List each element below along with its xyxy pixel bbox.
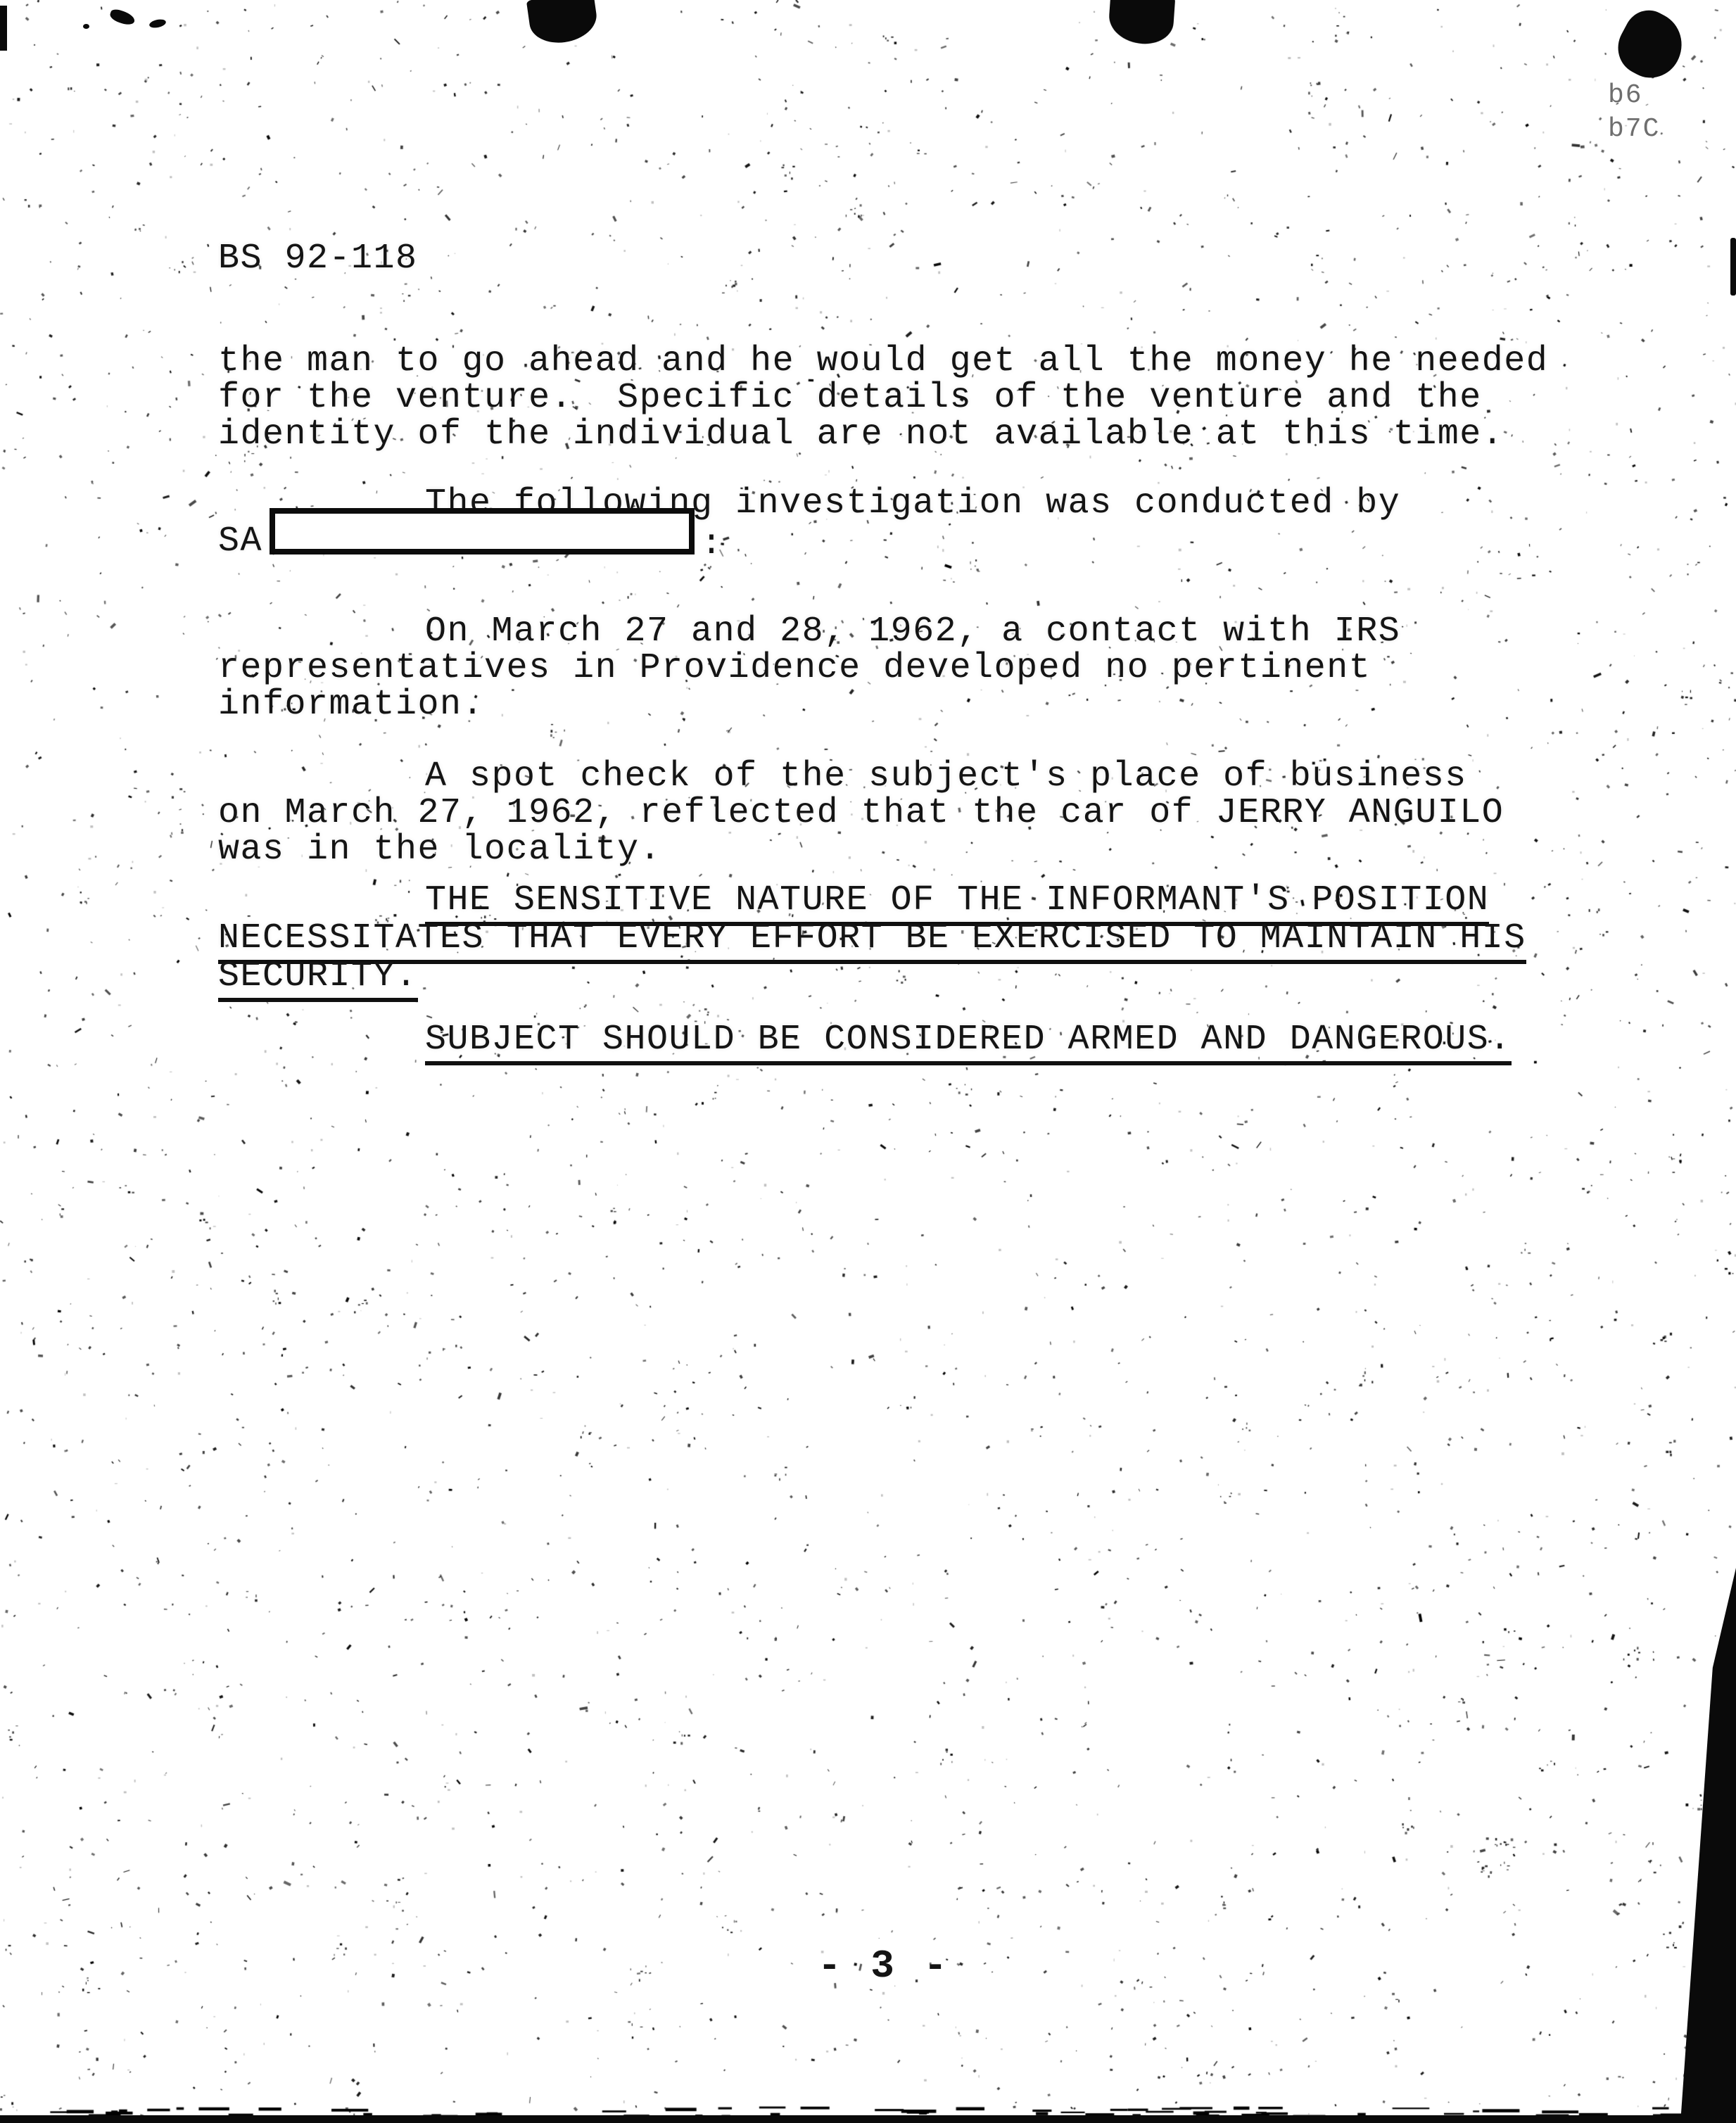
paragraph-line: information. xyxy=(218,687,484,723)
paragraph-line: on March 27, 1962, reflected that the ca… xyxy=(218,795,1504,832)
security-notice-line: SECURITY. xyxy=(218,956,418,1002)
paragraph-line: representatives in Providence developed … xyxy=(218,650,1371,687)
sa-label: SA xyxy=(218,524,262,560)
file-number: BS 92-118 xyxy=(218,241,418,277)
scan-edge-mark xyxy=(1730,238,1736,296)
scan-edge-mark xyxy=(0,6,7,51)
paragraph-line: the man to go ahead and he would get all… xyxy=(218,343,1548,380)
paragraph-line: On March 27 and 28, 1962, a contact with… xyxy=(425,614,1400,650)
page-number: - 3 - xyxy=(818,1944,950,1989)
ink-blob xyxy=(83,24,89,29)
armed-dangerous-line: SUBJECT SHOULD BE CONSIDERED ARMED AND D… xyxy=(425,1020,1512,1065)
paragraph-line: identity of the individual are not avail… xyxy=(218,417,1504,453)
redaction-box xyxy=(270,508,695,554)
paragraph-line: A spot check of the subject's place of b… xyxy=(425,759,1467,795)
document-page: b6 b7C BS 92-118 the man to go ahead and… xyxy=(0,0,1736,2123)
paragraph-line: : xyxy=(701,526,723,563)
paragraph-line: for the venture. Specific details of the… xyxy=(218,380,1482,417)
paragraph-line: was in the locality. xyxy=(218,832,661,868)
classification-code-b6: b6 xyxy=(1608,79,1643,112)
classification-code-b7c: b7C xyxy=(1608,113,1660,146)
scan-bottom-edge xyxy=(0,2115,1736,2123)
